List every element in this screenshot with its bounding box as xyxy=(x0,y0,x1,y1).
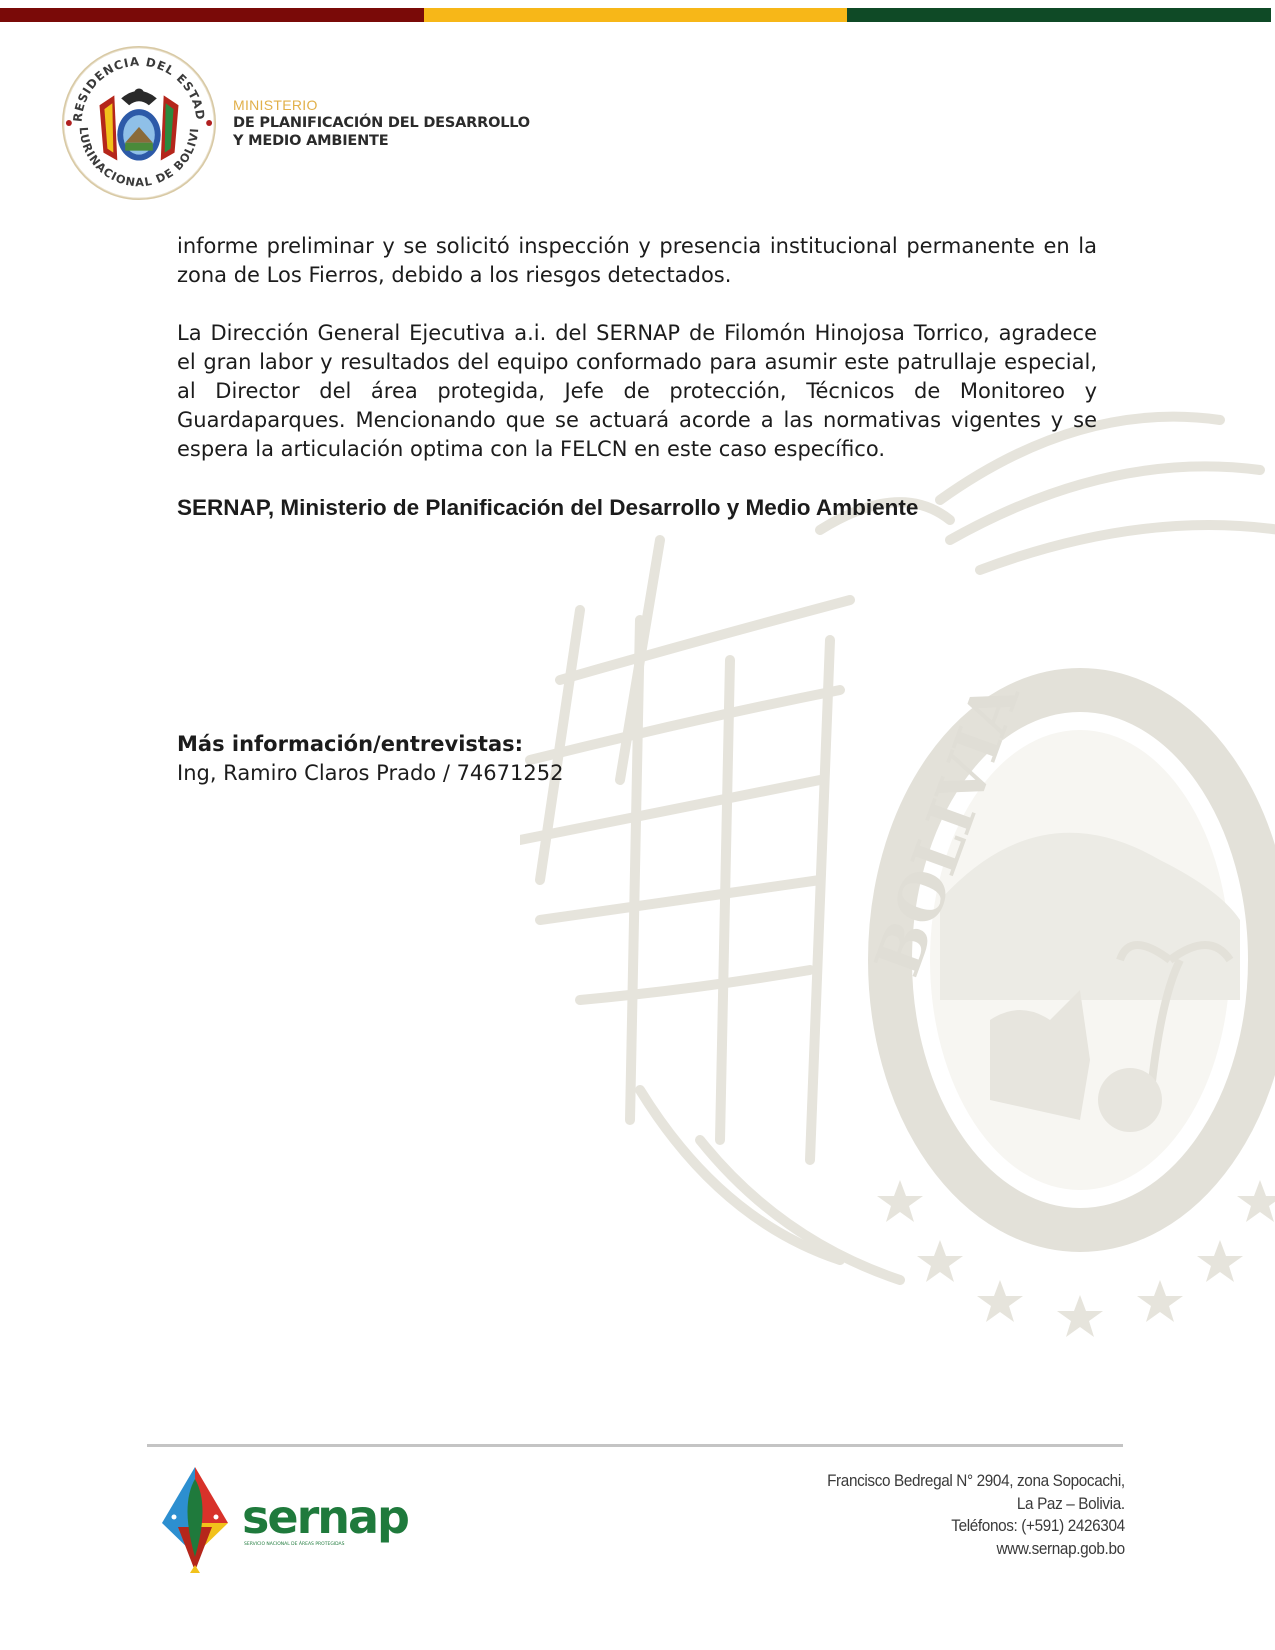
signature-line: SERNAP, Ministerio de Planificación del … xyxy=(177,493,1097,522)
address-phone: Teléfonos: (+591) 2426304 xyxy=(827,1515,1125,1538)
ministry-title: MINISTERIO DE PLANIFICACIÓN DEL DESARROL… xyxy=(233,96,530,150)
flag-yellow-segment xyxy=(424,8,848,22)
sernap-logo: sernap SERVICIO NACIONAL DE ÁREAS PROTEG… xyxy=(150,1465,420,1575)
contact-block: Más información/entrevistas: Ing, Ramiro… xyxy=(177,730,563,788)
flag-green-segment xyxy=(847,8,1271,22)
ministry-line-1: MINISTERIO xyxy=(233,96,530,114)
paragraph-1: informe preliminar y se solicitó inspecc… xyxy=(177,232,1097,290)
sernap-emblem-icon xyxy=(162,1467,228,1573)
address-website[interactable]: www.sernap.gob.bo xyxy=(827,1538,1125,1561)
flag-red-segment xyxy=(0,8,424,22)
flag-color-bar xyxy=(0,8,1271,22)
paragraph-2: La Dirección General Ejecutiva a.i. del … xyxy=(177,319,1097,464)
bolivia-coat-of-arms-icon xyxy=(100,88,179,160)
contact-value: Ing, Ramiro Claros Prado / 74671252 xyxy=(177,759,563,788)
address-city: La Paz – Bolivia. xyxy=(827,1493,1125,1516)
presidency-seal-icon: PRESIDENCIA DEL ESTADO PLURINACIONAL DE … xyxy=(60,44,218,202)
footer-divider xyxy=(147,1444,1123,1447)
logo-wordmark: sernap xyxy=(242,1490,408,1544)
footer-address: Francisco Bedregal N° 2904, zona Sopocac… xyxy=(827,1470,1125,1560)
ministry-line-3: Y MEDIO AMBIENTE xyxy=(233,132,530,150)
address-line: Francisco Bedregal N° 2904, zona Sopocac… xyxy=(827,1470,1125,1493)
logo-subtitle: SERVICIO NACIONAL DE ÁREAS PROTEGIDAS xyxy=(244,1540,345,1547)
document-body: informe preliminar y se solicitó inspecc… xyxy=(177,232,1097,522)
contact-label: Más información/entrevistas: xyxy=(177,730,563,759)
ministry-line-2: DE PLANIFICACIÓN DEL DESARROLLO xyxy=(233,114,530,132)
